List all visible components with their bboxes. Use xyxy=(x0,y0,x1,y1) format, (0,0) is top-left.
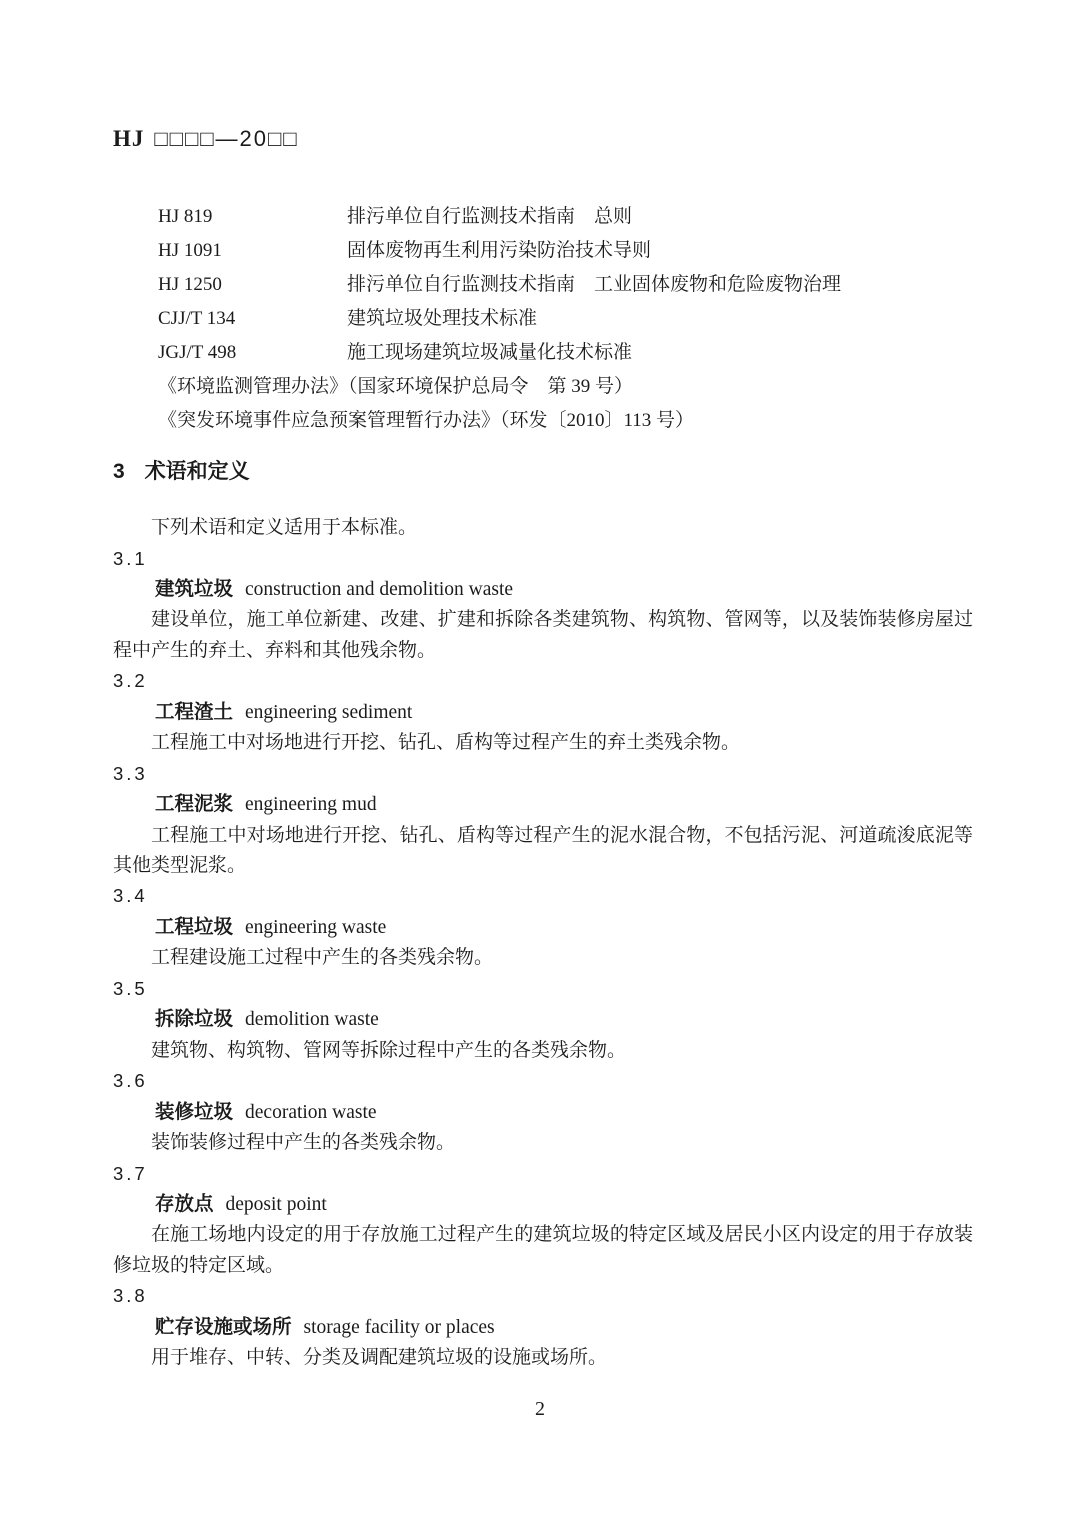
term-name-en: storage facility or places xyxy=(304,1317,495,1338)
term-name-zh: 工程垃圾 xyxy=(155,916,233,938)
term-number: 3.8 xyxy=(113,1281,973,1311)
term-name-zh: 工程渣土 xyxy=(155,701,233,723)
term-name: 建筑垃圾construction and demolition waste xyxy=(113,574,973,605)
reference-row: HJ 819排污单位自行监测技术指南 总则 xyxy=(113,200,973,234)
term-number: 3.5 xyxy=(113,974,973,1004)
term-name: 拆除垃圾demolition waste xyxy=(113,1004,973,1035)
term-block: 3.1 建筑垃圾construction and demolition wast… xyxy=(113,544,973,667)
term-block: 3.5 拆除垃圾demolition waste 建筑物、构筑物、管网等拆除过程… xyxy=(113,974,973,1066)
term-block: 3.8 贮存设施或场所storage facility or places 用于… xyxy=(113,1281,973,1373)
term-name: 工程渣土engineering sediment xyxy=(113,697,973,728)
term-number: 3.6 xyxy=(113,1066,973,1096)
reference-row: JGJ/T 498施工现场建筑垃圾减量化技术标准 xyxy=(113,336,973,370)
term-definition: 在施工场地内设定的用于存放施工过程产生的建筑垃圾的特定区域及居民小区内设定的用于… xyxy=(113,1220,973,1281)
standard-code-boxes: □□□□—20□□ xyxy=(154,126,298,151)
term-name: 贮存设施或场所storage facility or places xyxy=(113,1312,973,1343)
term-name-zh: 工程泥浆 xyxy=(155,793,233,815)
term-number: 3.4 xyxy=(113,881,973,911)
term-name-en: deposit point xyxy=(226,1194,327,1215)
term-block: 3.3 工程泥浆engineering mud 工程施工中对场地进行开挖、钻孔、… xyxy=(113,759,973,882)
term-name-en: engineering sediment xyxy=(245,702,412,723)
document-page: HJ□□□□—20□□ HJ 819排污单位自行监测技术指南 总则 HJ 109… xyxy=(0,0,1080,1527)
reference-code: HJ 1250 xyxy=(158,268,347,302)
normative-references: HJ 819排污单位自行监测技术指南 总则 HJ 1091固体废物再生利用污染防… xyxy=(113,200,973,438)
term-block: 3.6 装修垃圾decoration waste 装饰装修过程中产生的各类残余物… xyxy=(113,1066,973,1158)
term-definition: 工程施工中对场地进行开挖、钻孔、盾构等过程产生的弃土类残余物。 xyxy=(113,728,973,758)
term-definition: 建设单位，施工单位新建、改建、扩建和拆除各类建筑物、构筑物、管网等，以及装饰装修… xyxy=(113,605,973,666)
term-name: 工程泥浆engineering mud xyxy=(113,789,973,820)
term-definition: 工程施工中对场地进行开挖、钻孔、盾构等过程产生的泥水混合物，不包括污泥、河道疏浚… xyxy=(113,821,973,882)
reference-code: JGJ/T 498 xyxy=(158,336,347,370)
reference-title: 建筑垃圾处理技术标准 xyxy=(347,302,537,336)
term-block: 3.2 工程渣土engineering sediment 工程施工中对场地进行开… xyxy=(113,666,973,758)
term-name-zh: 建筑垃圾 xyxy=(155,578,233,600)
section-heading: 3术语和定义 xyxy=(113,457,973,487)
term-definition: 装饰装修过程中产生的各类残余物。 xyxy=(113,1128,973,1158)
reference-title: 排污单位自行监测技术指南 工业固体废物和危险废物治理 xyxy=(347,268,841,302)
page-number: 2 xyxy=(0,1396,1080,1422)
term-name-en: engineering waste xyxy=(245,917,386,938)
term-number: 3.1 xyxy=(113,544,973,574)
term-definition: 工程建设施工过程中产生的各类残余物。 xyxy=(113,943,973,973)
term-name: 装修垃圾decoration waste xyxy=(113,1097,973,1128)
reference-row: HJ 1091固体废物再生利用污染防治技术导则 xyxy=(113,234,973,268)
reference-code: HJ 819 xyxy=(158,200,347,234)
term-number: 3.7 xyxy=(113,1159,973,1189)
term-name: 工程垃圾engineering waste xyxy=(113,912,973,943)
reference-title: 排污单位自行监测技术指南 总则 xyxy=(347,200,632,234)
term-definition: 用于堆存、中转、分类及调配建筑垃圾的设施或场所。 xyxy=(113,1343,973,1373)
reference-title: 固体废物再生利用污染防治技术导则 xyxy=(347,234,651,268)
term-block: 3.4 工程垃圾engineering waste 工程建设施工过程中产生的各类… xyxy=(113,881,973,973)
term-number: 3.3 xyxy=(113,759,973,789)
referenced-document: 《突发环境事件应急预案管理暂行办法》（环发〔2010〕113 号） xyxy=(113,404,973,438)
section-intro: 下列术语和定义适用于本标准。 xyxy=(113,513,973,544)
referenced-document: 《环境监测管理办法》（国家环境保护总局令 第 39 号） xyxy=(113,370,973,404)
reference-code: CJJ/T 134 xyxy=(158,302,347,336)
term-number: 3.2 xyxy=(113,666,973,696)
reference-row: HJ 1250排污单位自行监测技术指南 工业固体废物和危险废物治理 xyxy=(113,268,973,302)
term-name-en: engineering mud xyxy=(245,794,377,815)
reference-title: 施工现场建筑垃圾减量化技术标准 xyxy=(347,336,632,370)
term-name-en: decoration waste xyxy=(245,1102,377,1123)
term-block: 3.7 存放点deposit point 在施工场地内设定的用于存放施工过程产生… xyxy=(113,1159,973,1282)
reference-row: CJJ/T 134建筑垃圾处理技术标准 xyxy=(113,302,973,336)
term-name: 存放点deposit point xyxy=(113,1189,973,1220)
reference-code: HJ 1091 xyxy=(158,234,347,268)
terms-list: 3.1 建筑垃圾construction and demolition wast… xyxy=(113,544,973,1374)
section-number: 3 xyxy=(113,460,125,483)
section-title: 术语和定义 xyxy=(145,460,250,483)
term-definition: 建筑物、构筑物、管网等拆除过程中产生的各类残余物。 xyxy=(113,1036,973,1066)
running-head: HJ□□□□—20□□ xyxy=(113,125,973,153)
term-name-zh: 存放点 xyxy=(155,1193,214,1215)
term-name-en: construction and demolition waste xyxy=(245,579,513,600)
term-name-zh: 贮存设施或场所 xyxy=(155,1316,292,1338)
standard-prefix: HJ xyxy=(113,126,144,151)
term-name-zh: 拆除垃圾 xyxy=(155,1008,233,1030)
term-name-en: demolition waste xyxy=(245,1009,379,1030)
term-name-zh: 装修垃圾 xyxy=(155,1101,233,1123)
